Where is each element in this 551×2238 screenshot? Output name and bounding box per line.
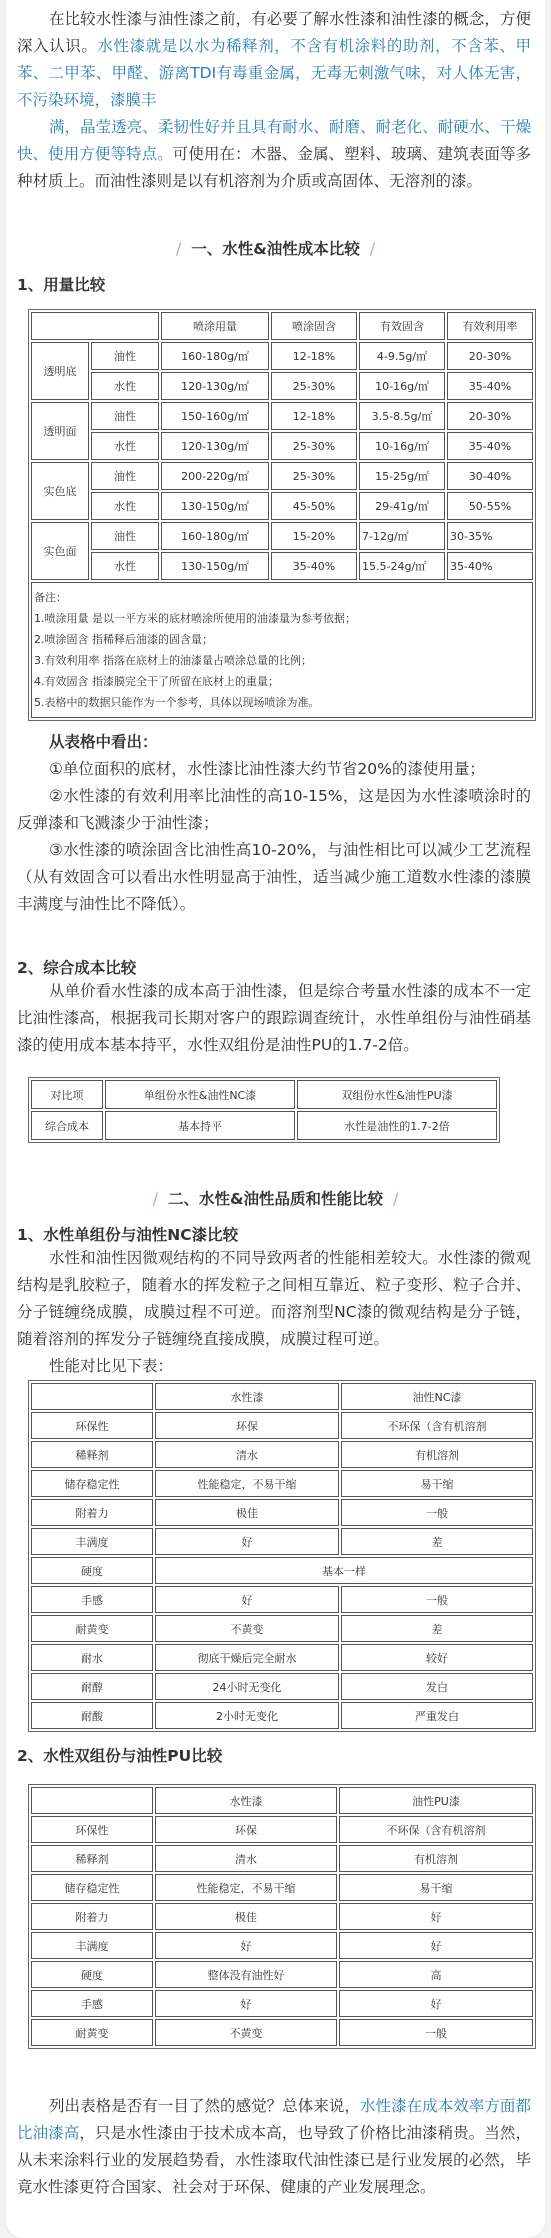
table-cell: 20-30% [447, 402, 533, 430]
table-header-row: 水性漆 油性NC漆 [31, 1383, 533, 1410]
pu-comparison-table: 水性漆 油性PU漆 环保性环保不环保（含有机溶剂 稀释剂清水有机溶剂 储存稳定性… [28, 1784, 536, 2049]
table-row: 实色底 油性 200-220g/㎡ 25-30% 15-25g/㎡ 30-40% [31, 462, 533, 490]
table-cell: 35-40% [447, 432, 533, 460]
table-row: 耐黄变不黄变差 [31, 1615, 533, 1642]
table-row: 对比项 单组份水性&油性NC漆 双组份水性&油性PU漆 [31, 1080, 497, 1109]
table-cell: 50-55% [447, 492, 533, 520]
table-cell: 29-41g/㎡ [359, 492, 445, 520]
table-cell: 环保 [155, 1816, 337, 1843]
table-cell: 耐酸 [31, 1702, 153, 1729]
overall-cost-table: 对比项 单组份水性&油性NC漆 双组份水性&油性PU漆 综合成本 基本持平 水性… [28, 1077, 500, 1143]
usage-comparison-table: 喷涂用量 喷涂固含 有效固含 有效利用率 透明底 油性 160-180g/㎡ 1… [28, 309, 536, 721]
note-line: 3.有效利用率 指落在底材上的油漆量占喷涂总量的比例； [34, 650, 530, 671]
table-cell: 清水 [155, 1441, 339, 1468]
table-row: 耐水彻底干燥后完全耐水较好 [31, 1644, 533, 1671]
type-cell: 水性 [91, 432, 159, 460]
table-cell: 45-50% [271, 492, 357, 520]
nc-table-lead: 性能对比见下表： [6, 1353, 545, 1380]
table-cell: 储存稳定性 [31, 1874, 153, 1901]
table-cell: 160-180g/㎡ [161, 522, 269, 550]
table-cell: 易干缩 [341, 1470, 533, 1497]
table-cell: 35-40% [271, 552, 357, 580]
table-row: 手感好一般 [31, 1586, 533, 1613]
table-cell: 硬度 [31, 1961, 153, 1988]
table-cell: 手感 [31, 1990, 153, 2017]
table-cell: 10-16g/㎡ [359, 372, 445, 400]
note-line: 4.有效固含 指漆膜完全干了所留在底材上的重量； [34, 671, 530, 692]
table-cell: 好 [155, 1586, 339, 1613]
table-cell: 7-12g/㎡ [359, 522, 445, 550]
subsection-pu-title: 2、水性双组份与油性PU比较 [6, 1744, 545, 1766]
table-cell: 硬度 [31, 1557, 153, 1584]
table-row: 耐酸2小时无变化严重发白 [31, 1702, 533, 1729]
table-cell: 10-16g/㎡ [359, 432, 445, 460]
header-cell: 油性NC漆 [341, 1383, 533, 1410]
table-cell: 120-130g/㎡ [161, 432, 269, 460]
header-cell: 水性漆 [155, 1787, 337, 1814]
table-cell: 水性是油性的1.7-2倍 [297, 1111, 497, 1140]
table-cell: 双组份水性&油性PU漆 [297, 1080, 497, 1109]
finding-item: ①单位面积的底材，水性漆比油性漆大约节省20%的漆使用量； [6, 756, 545, 783]
header-cell: 喷涂用量 [161, 312, 269, 340]
type-cell: 油性 [91, 402, 159, 430]
table-cell: 25-30% [271, 462, 357, 490]
table-cell: 24小时无变化 [155, 1673, 339, 1700]
finding-item: ③水性漆的喷涂固含比油性高10-20%，与油性相比可以减少工艺流程（从有效固含可… [6, 837, 545, 918]
table-cell: 对比项 [31, 1080, 103, 1109]
article: 在比较水性漆与油性漆之前，有必要了解水性漆和油性漆的概念，方便深入认识。水性漆就… [6, 0, 545, 2238]
header-cell [31, 1383, 153, 1410]
table-row: 丰满度好差 [31, 1528, 533, 1555]
slash-decoration-icon: / [176, 239, 181, 258]
table-cell: 极佳 [155, 1499, 339, 1526]
table-cell: 性能稳定，不易干缩 [155, 1470, 339, 1497]
note-line: 1.喷涂用量 是以一平方米的底材喷涂所使用的油漆量为参考依据； [34, 608, 530, 629]
note-line: 2.喷涂固含 指稀释后油漆的固含量； [34, 629, 530, 650]
subsection-nc-title: 1、水性单组份与油性NC漆比较 [6, 1223, 545, 1245]
type-cell: 水性 [91, 372, 159, 400]
note-line: 备注： [34, 587, 530, 608]
table-cell: 有机溶剂 [341, 1441, 533, 1468]
type-cell: 水性 [91, 492, 159, 520]
intro-paragraph-1: 在比较水性漆与油性漆之前，有必要了解水性漆和油性漆的概念，方便深入认识。水性漆就… [6, 6, 545, 114]
table-cell: 发白 [341, 1673, 533, 1700]
table-cell: 差 [341, 1615, 533, 1642]
table-cell: 好 [155, 1932, 337, 1959]
table-cell: 环保性 [31, 1412, 153, 1439]
table-cell: 丰满度 [31, 1528, 153, 1555]
table-cell: 150-160g/㎡ [161, 402, 269, 430]
table-row: 稀释剂清水有机溶剂 [31, 1441, 533, 1468]
table-cell: 差 [341, 1528, 533, 1555]
table-cell: 耐黄变 [31, 1615, 153, 1642]
table-cell: 25-30% [271, 432, 357, 460]
header-cell [31, 312, 159, 340]
slash-decoration-icon: / [370, 239, 375, 258]
table-cell: 基本持平 [105, 1111, 295, 1140]
header-cell [31, 1787, 153, 1814]
table-cell: 丰满度 [31, 1932, 153, 1959]
table-cell: 高 [339, 1961, 533, 1988]
table-row: 透明底 油性 160-180g/㎡ 12-18% 4-9.5g/㎡ 20-30% [31, 342, 533, 370]
table-cell: 单组份水性&油性NC漆 [105, 1080, 295, 1109]
table-row: 综合成本 基本持平 水性是油性的1.7-2倍 [31, 1111, 497, 1140]
section-2-title-text: 二、水性&油性品质和性能比较 [168, 1190, 383, 1208]
table-row: 稀释剂清水有机溶剂 [31, 1845, 533, 1872]
table-cell: 120-130g/㎡ [161, 372, 269, 400]
table-cell: 12-18% [271, 402, 357, 430]
type-cell: 油性 [91, 462, 159, 490]
header-cell: 有效利用率 [447, 312, 533, 340]
table-row: 储存稳定性性能稳定，不易干缩易干缩 [31, 1874, 533, 1901]
header-cell: 喷涂固含 [271, 312, 357, 340]
nc-paragraph: 水性和油性因微观结构的不同导致两者的性能相差较大。水性漆的微观结构是乳胶粒子，随… [6, 1245, 545, 1353]
conclusion-rest-text: ，只是水性漆由于技术成本高，也导致了价格比油漆稍贵。当然，从未来涂料行业的发展趋… [17, 2124, 531, 2196]
table-cell: 好 [155, 1990, 337, 2017]
table-row: 实色面 油性 160-180g/㎡ 15-20% 7-12g/㎡ 30-35% [31, 522, 533, 550]
section-2-title: /二、水性&油性品质和性能比较/ [6, 1187, 545, 1209]
notes-row: 备注： 1.喷涂用量 是以一平方米的底材喷涂所使用的油漆量为参考依据； 2.喷涂… [31, 582, 533, 718]
table-cell: 35-40% [447, 372, 533, 400]
table-cell: 有机溶剂 [339, 1845, 533, 1872]
table-cell: 较好 [341, 1644, 533, 1671]
table-row: 附着力极佳一般 [31, 1499, 533, 1526]
table-cell: 环保 [155, 1412, 339, 1439]
table-cell: 好 [155, 1528, 339, 1555]
table-cell: 不环保（含有机溶剂 [341, 1412, 533, 1439]
table-cell: 附着力 [31, 1499, 153, 1526]
table-cell: 15-25g/㎡ [359, 462, 445, 490]
table-cell: 严重发白 [341, 1702, 533, 1729]
table-row: 透明面 油性 150-160g/㎡ 12-18% 3.5-8.5g/㎡ 20-3… [31, 402, 533, 430]
table-cell: 耐水 [31, 1644, 153, 1671]
table-cell: 130-150g/㎡ [161, 492, 269, 520]
table-row: 耐醇24小时无变化发白 [31, 1673, 533, 1700]
table-cell: 2小时无变化 [155, 1702, 339, 1729]
header-cell: 有效固含 [359, 312, 445, 340]
group-label: 实色面 [31, 522, 89, 580]
table-cell: 不黄变 [155, 2019, 337, 2046]
table-cell: 整体没有油性好 [155, 1961, 337, 1988]
cost-paragraph: 从单价看水性漆的成本高于油性漆，但是综合考量水性漆的成本不一定比油性漆高，根据我… [6, 978, 545, 1059]
notes-cell: 备注： 1.喷涂用量 是以一平方米的底材喷涂所使用的油漆量为参考依据； 2.喷涂… [31, 582, 533, 718]
type-cell: 油性 [91, 522, 159, 550]
table-cell: 30-40% [447, 462, 533, 490]
section-1-title: /一、水性&油性成本比较/ [6, 237, 545, 259]
finding-item: ②水性漆的有效利用率比油性的高10-15%，这是因为水性漆喷涂时的反弹漆和飞溅漆… [6, 783, 545, 837]
note-line: 5.表格中的数据只能作为一个参考，具体以现场喷涂为准。 [34, 692, 530, 713]
table-cell: 30-35% [447, 522, 533, 550]
table-cell: 25-30% [271, 372, 357, 400]
table-cell: 好 [339, 1903, 533, 1930]
table-cell: 一般 [339, 2019, 533, 2046]
table-cell: 耐黄变 [31, 2019, 153, 2046]
table-cell: 35-40% [447, 552, 533, 580]
table-row: 水性 120-130g/㎡ 25-30% 10-16g/㎡ 35-40% [31, 432, 533, 460]
table-row: 水性 120-130g/㎡ 25-30% 10-16g/㎡ 35-40% [31, 372, 533, 400]
header-cell: 水性漆 [155, 1383, 339, 1410]
table-cell: 易干缩 [339, 1874, 533, 1901]
table-cell: 一般 [341, 1499, 533, 1526]
findings-title: 从表格中看出： [6, 729, 545, 756]
type-cell: 水性 [91, 552, 159, 580]
slash-decoration-icon: / [393, 1189, 398, 1208]
table-cell: 160-180g/㎡ [161, 342, 269, 370]
table-cell: 性能稳定，不易干缩 [155, 1874, 337, 1901]
header-cell: 油性PU漆 [339, 1787, 533, 1814]
table-cell: 环保性 [31, 1816, 153, 1843]
table-cell: 4-9.5g/㎡ [359, 342, 445, 370]
table-cell: 200-220g/㎡ [161, 462, 269, 490]
conclusion-lead-text: 列出表格是否有一目了然的感觉？总体来说， [49, 2097, 360, 2115]
group-label: 透明面 [31, 402, 89, 460]
table-header-row: 水性漆 油性PU漆 [31, 1787, 533, 1814]
table-row: 耐黄变不黄变一般 [31, 2019, 533, 2046]
table-row: 硬度整体没有油性好高 [31, 1961, 533, 1988]
table-cell: 综合成本 [31, 1111, 103, 1140]
table-cell: 不黄变 [155, 1615, 339, 1642]
table-cell: 稀释剂 [31, 1441, 153, 1468]
table-cell: 12-18% [271, 342, 357, 370]
table-cell: 一般 [341, 1586, 533, 1613]
table-cell: 130-150g/㎡ [161, 552, 269, 580]
table-row: 手感好好 [31, 1990, 533, 2017]
table-row: 环保性环保不环保（含有机溶剂 [31, 1816, 533, 1843]
slash-decoration-icon: / [153, 1189, 158, 1208]
subsection-cost-title: 2、综合成本比较 [6, 956, 545, 978]
table-header-row: 喷涂用量 喷涂固含 有效固含 有效利用率 [31, 312, 533, 340]
group-label: 实色底 [31, 462, 89, 520]
table-cell: 15.5-24g/㎡ [359, 552, 445, 580]
table-cell: 3.5-8.5g/㎡ [359, 402, 445, 430]
intro-paragraph-2: 满，晶莹透亮、柔韧性好并且具有耐水、耐磨、耐老化、耐硬水、干燥快、使用方便等特点… [6, 114, 545, 195]
conclusion-paragraph: 列出表格是否有一目了然的感觉？总体来说，水性漆在成本效率方面都比油漆高，只是水性… [6, 2093, 545, 2201]
nc-comparison-table: 水性漆 油性NC漆 环保性环保不环保（含有机溶剂 稀释剂清水有机溶剂 储存稳定性… [28, 1380, 536, 1732]
table-cell: 清水 [155, 1845, 337, 1872]
table-cell: 耐醇 [31, 1673, 153, 1700]
table-cell: 基本一样 [155, 1557, 533, 1584]
table-row: 丰满度好好 [31, 1932, 533, 1959]
type-cell: 油性 [91, 342, 159, 370]
table-cell: 彻底干燥后完全耐水 [155, 1644, 339, 1671]
table-row: 储存稳定性性能稳定，不易干缩易干缩 [31, 1470, 533, 1497]
table-cell: 15-20% [271, 522, 357, 550]
table-row: 硬度基本一样 [31, 1557, 533, 1584]
subsection-usage-title: 1、用量比较 [6, 273, 545, 295]
section-1-title-text: 一、水性&油性成本比较 [191, 240, 360, 258]
table-cell: 极佳 [155, 1903, 337, 1930]
table-cell: 好 [339, 1932, 533, 1959]
table-cell: 储存稳定性 [31, 1470, 153, 1497]
table-cell: 手感 [31, 1586, 153, 1613]
table-cell: 稀释剂 [31, 1845, 153, 1872]
table-row: 附着力极佳好 [31, 1903, 533, 1930]
group-label: 透明底 [31, 342, 89, 400]
table-row: 水性 130-150g/㎡ 35-40% 15.5-24g/㎡ 35-40% [31, 552, 533, 580]
table-cell: 附着力 [31, 1903, 153, 1930]
table-row: 环保性环保不环保（含有机溶剂 [31, 1412, 533, 1439]
table-cell: 好 [339, 1990, 533, 2017]
table-row: 水性 130-150g/㎡ 45-50% 29-41g/㎡ 50-55% [31, 492, 533, 520]
table-cell: 不环保（含有机溶剂 [339, 1816, 533, 1843]
table-cell: 20-30% [447, 342, 533, 370]
